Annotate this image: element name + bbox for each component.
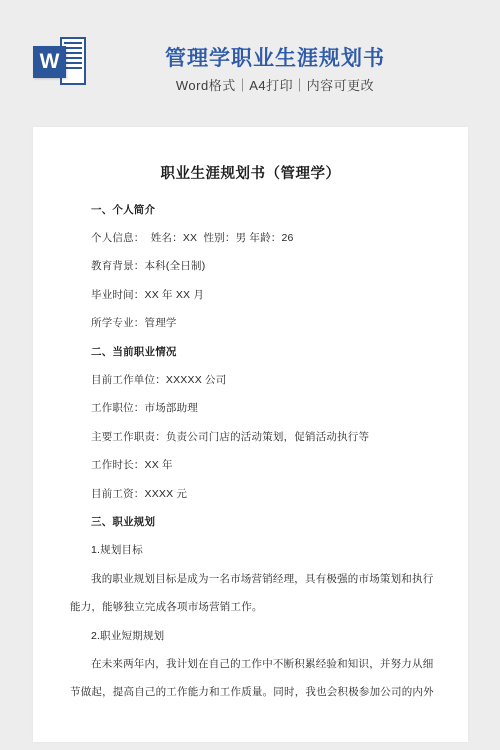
doc-text-line: 教育背景：本科(全日制) bbox=[70, 252, 431, 280]
header: W 管理学职业生涯规划书 Word格式｜A4打印｜内容可更改 bbox=[0, 0, 500, 127]
doc-text-line: 个人信息： 姓名：XX 性别：男 年龄：26 bbox=[70, 223, 431, 251]
doc-section-heading: 二、当前职业情况 bbox=[70, 337, 431, 365]
page-subtitle: Word格式｜A4打印｜内容可更改 bbox=[0, 75, 500, 94]
doc-text-line: 我的职业规划目标是成为一名市场营销经理，具有极强的市场策划和执行 bbox=[70, 564, 431, 592]
doc-text-line: 目前工资：XXXX 元 bbox=[70, 479, 431, 507]
doc-text-line: 2.职业短期规划 bbox=[70, 621, 431, 649]
doc-text-line: 目前工作单位：XXXXX 公司 bbox=[70, 365, 431, 393]
document-title: 职业生涯规划书（管理学） bbox=[70, 163, 431, 185]
doc-text-line: 1.规划目标 bbox=[70, 536, 431, 564]
doc-text-line: 毕业时间：XX 年 XX 月 bbox=[70, 280, 431, 308]
doc-text-line: 主要工作职责：负责公司门店的活动策划，促销活动执行等 bbox=[70, 422, 431, 450]
doc-text-line: 能力，能够独立完成各项市场营销工作。 bbox=[70, 592, 431, 620]
doc-text-line: 所学专业：管理学 bbox=[70, 309, 431, 337]
doc-text-line: 工作时长：XX 年 bbox=[70, 451, 431, 479]
doc-section-heading: 一、个人简介 bbox=[70, 195, 431, 223]
page-canvas: W 管理学职业生涯规划书 Word格式｜A4打印｜内容可更改 职业生涯规划书（管… bbox=[0, 0, 500, 750]
doc-text-line: 在未来两年内，我计划在自己的工作中不断积累经验和知识，并努力从细 bbox=[70, 649, 431, 677]
document-page: 职业生涯规划书（管理学） 一、个人简介个人信息： 姓名：XX 性别：男 年龄：2… bbox=[33, 127, 468, 742]
document-lines: 一、个人简介个人信息： 姓名：XX 性别：男 年龄：26教育背景：本科(全日制)… bbox=[70, 195, 431, 706]
page-title: 管理学职业生涯规划书 bbox=[0, 42, 500, 72]
doc-section-heading: 三、职业规划 bbox=[70, 507, 431, 535]
doc-text-line: 节做起，提高自己的工作能力和工作质量。同时，我也会积极参加公司的内外 bbox=[70, 678, 431, 706]
doc-text-line: 工作职位：市场部助理 bbox=[70, 394, 431, 422]
